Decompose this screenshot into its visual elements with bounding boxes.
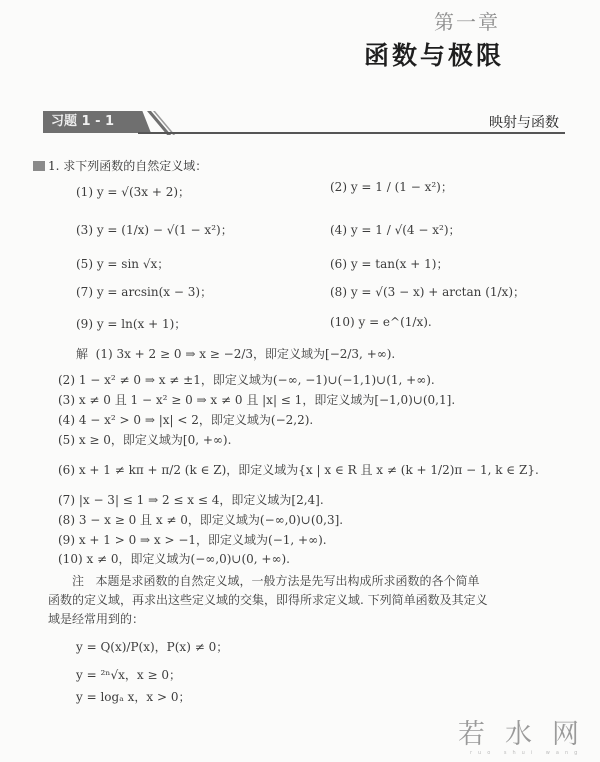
section-bar: 习题 1 - 1 映射与函数 <box>43 111 565 133</box>
section-topic: 映射与函数 <box>489 112 559 132</box>
solution-line-3: (3) x ≠ 0 且 1 − x² ≥ 0 ⇒ x ≠ 0 且 |x| ≤ 1… <box>58 391 455 408</box>
question-heading-text: 1. 求下列函数的自然定义域： <box>48 159 207 173</box>
solution-line-2: (2) 1 − x² ≠ 0 ⇒ x ≠ ±1，即定义域为(−∞, −1)∪(−… <box>58 371 435 388</box>
question-item-4: (4) y = 1 / √(4 − x²)； <box>330 221 461 238</box>
question-item-2: (2) y = 1 / (1 − x²)； <box>330 178 453 195</box>
solution-line-9: (9) x + 1 > 0 ⇒ x > −1，即定义域为(−1, +∞). <box>58 531 327 548</box>
solution-line-10: (10) x ≠ 0，即定义域为(−∞,0)∪(0, +∞). <box>58 550 290 567</box>
question-item-7: (7) y = arcsin(x − 3)； <box>76 283 212 300</box>
watermark-logo: 若水网 <box>458 712 599 751</box>
solution-line-7: (7) |x − 3| ≤ 1 ⇒ 2 ≤ x ≤ 4，即定义域为[2,4]. <box>58 491 324 508</box>
solution-line-8: (8) 3 − x ≥ 0 且 x ≠ 0，即定义域为(−∞,0)∪(0,3]. <box>58 511 343 528</box>
note-line-2: 函数的定义域，再求出这些定义域的交集，即得所求定义域. 下列简单函数及其定义 <box>48 591 488 610</box>
watermark-subtext: ruo shui wang <box>470 750 583 756</box>
question-item-8: (8) y = √(3 − x) + arctan (1/x)； <box>330 283 525 300</box>
chapter-label: 第一章 <box>434 6 500 35</box>
note-formula-rational: y = Q(x)/P(x)，P(x) ≠ 0； <box>76 638 228 655</box>
note-formula-log: y = logₐ x，x > 0； <box>76 688 191 705</box>
question-item-10: (10) y = e^(1/x). <box>330 315 432 329</box>
solution-line-1: 解 (1) 3x + 2 ≥ 0 ⇒ x ≥ −2/3，即定义域为[−2/3, … <box>76 345 395 362</box>
exercise-marker-icon <box>33 161 45 171</box>
solution-line-5: (5) x ≥ 0，即定义域为[0, +∞). <box>58 431 231 448</box>
note-line-1: 注 本题是求函数的自然定义域，一般方法是先写出构成所求函数的各个简单 <box>72 572 479 591</box>
question-item-1: (1) y = √(3x + 2)； <box>76 183 190 200</box>
section-rule <box>138 132 565 134</box>
question-item-9: (9) y = ln(x + 1)； <box>76 315 186 332</box>
solution-line-4: (4) 4 − x² > 0 ⇒ |x| < 2，即定义域为(−2,2). <box>58 411 313 428</box>
question-item-3: (3) y = (1/x) − √(1 − x²)； <box>76 221 233 238</box>
question-heading: 1. 求下列函数的自然定义域： <box>33 157 207 174</box>
note-line-3: 域是经常用到的： <box>48 610 144 629</box>
chapter-title: 函数与极限 <box>364 36 504 72</box>
solution-line-6: (6) x + 1 ≠ kπ + π/2 (k ∈ Z)，即定义域为{x | x… <box>58 461 539 478</box>
note-prefix: 注 <box>72 574 84 588</box>
solution-prefix: 解 <box>76 347 88 361</box>
question-item-5: (5) y = sin √x； <box>76 255 169 272</box>
section-tab: 习题 1 - 1 <box>43 111 151 133</box>
question-item-6: (6) y = tan(x + 1)； <box>330 255 448 272</box>
note-formula-even-root: y = ²ⁿ√x，x ≥ 0； <box>76 666 181 683</box>
